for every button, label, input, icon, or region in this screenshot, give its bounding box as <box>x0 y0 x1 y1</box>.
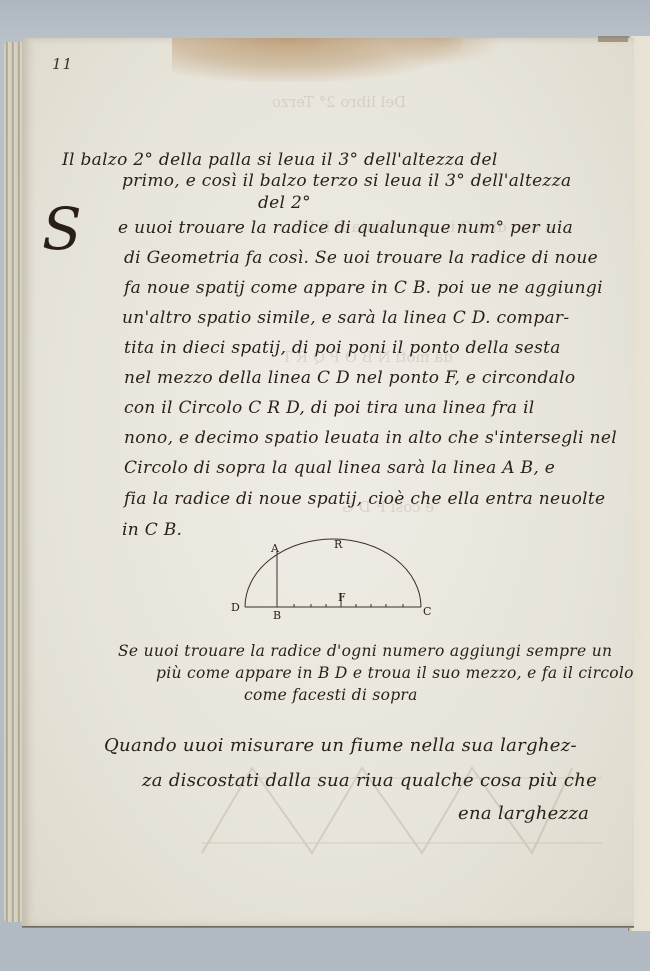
text-line: Circolo di sopra la qual linea sarà la l… <box>124 458 555 478</box>
label-r: R <box>334 538 343 551</box>
text-line: fa noue spatij come appare in C B. poi u… <box>124 278 603 298</box>
text-line: Quando uuoi misurare un fiume nella sua … <box>104 735 577 756</box>
text-line: fia la radice di noue spatij, cioè che e… <box>124 489 605 509</box>
text-line: nel mezzo della linea C D nel ponto F, e… <box>124 368 575 388</box>
text-line: Il balzo 2° della palla si leua il 3° de… <box>62 150 498 170</box>
water-stain <box>382 38 502 66</box>
text-line: tita in dieci spatij, di poi poni il pon… <box>124 338 561 358</box>
label-a: A <box>270 542 280 555</box>
text-line: in C B. <box>122 520 182 540</box>
text-line: primo, e così il balzo terzo si leua il … <box>122 171 571 191</box>
text-line: un'altro spatio simile, e sarà la linea … <box>122 308 569 328</box>
text-line: di Geometria fa così. Se uoi trouare la … <box>124 248 598 268</box>
text-line: nono, e decimo spatio leuata in alto che… <box>124 428 617 448</box>
label-b: B <box>273 609 281 622</box>
semicircle-diagram: A R F D B C <box>225 530 440 625</box>
folio-number: 11 <box>52 55 73 73</box>
label-f: F <box>338 591 346 604</box>
bleed-through-text: Del libro 2° Terzo <box>272 93 406 111</box>
text-line: e uuoi trouare la radice di qualunque nu… <box>118 218 573 238</box>
text-line: za discostati dalla sua riua qualche cos… <box>142 770 597 791</box>
decorated-initial: S <box>42 195 82 263</box>
text-line: del 2° <box>258 193 311 213</box>
text-line: come facesti di sopra <box>244 686 418 704</box>
page-top-edge <box>598 36 628 42</box>
text-line: con il Circolo C R D, di poi tira una li… <box>124 398 535 418</box>
text-line: Se uuoi trouare la radice d'ogni numero … <box>118 642 612 660</box>
label-c: C <box>423 605 431 618</box>
label-d: D <box>231 601 240 614</box>
text-line: più come appare in B D e troua il suo me… <box>156 664 634 682</box>
text-line: ena larghezza <box>458 803 589 824</box>
